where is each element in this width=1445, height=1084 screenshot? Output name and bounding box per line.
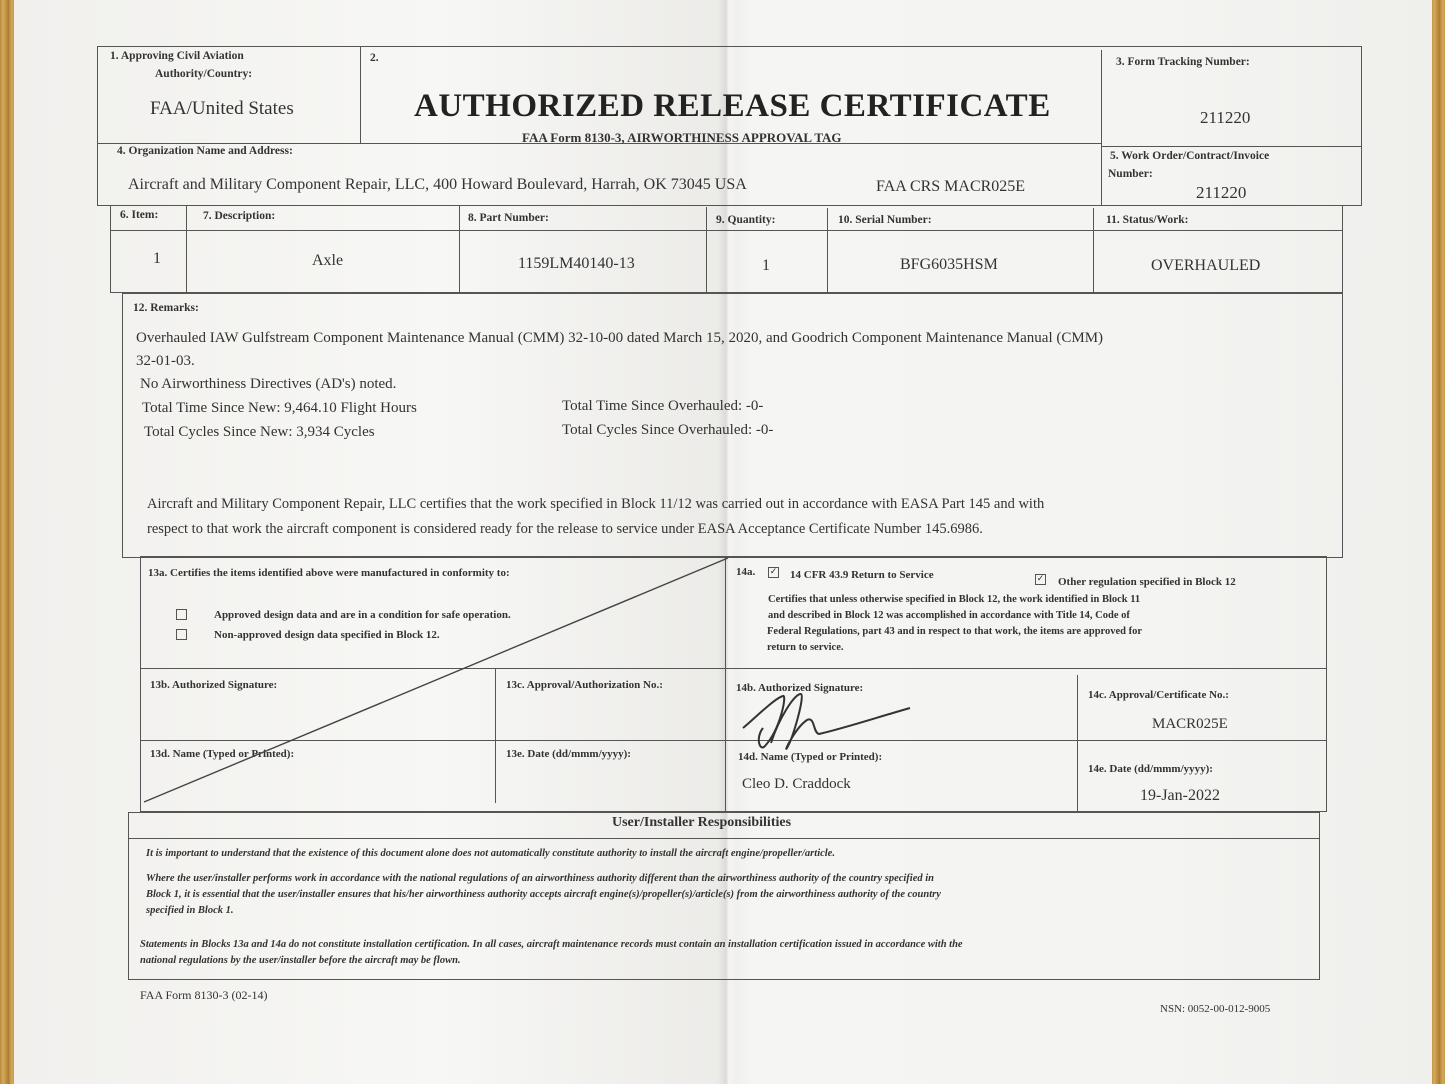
header-status-work: 11. Status/Work: bbox=[1106, 214, 1188, 226]
block4-label: 4. Organization Name and Address: bbox=[117, 145, 293, 157]
block14d-label: 14d. Name (Typed or Printed): bbox=[738, 751, 882, 763]
easa-statement-line-2: respect to that work the aircraft compon… bbox=[147, 521, 983, 538]
divider bbox=[459, 205, 460, 293]
cell-description: Axle bbox=[312, 252, 343, 270]
cell-status: OVERHAULED bbox=[1151, 257, 1260, 275]
block14a-text-3: Federal Regulations, part 43 and in resp… bbox=[767, 626, 1142, 637]
divider bbox=[1101, 146, 1362, 147]
cell-serial-number: BFG6035HSM bbox=[900, 256, 998, 274]
responsibilities-heading: User/Installer Responsibilities bbox=[612, 815, 791, 831]
certification-date: 19-Jan-2022 bbox=[1140, 787, 1220, 805]
block14a-text-2: and described in Block 12 was accomplish… bbox=[768, 610, 1130, 621]
checkbox-14cfr-return-to-service[interactable]: ✓ bbox=[768, 567, 779, 578]
responsibilities-p3-1: Statements in Blocks 13a and 14a do not … bbox=[140, 939, 963, 950]
document-subtitle: FAA Form 8130-3, AIRWORTHINESS APPROVAL … bbox=[522, 130, 842, 146]
approval-certificate-number: MACR025E bbox=[1152, 716, 1228, 733]
header-description: 7. Description: bbox=[203, 210, 275, 222]
cell-part-number: 1159LM40140-13 bbox=[518, 255, 635, 273]
header-item: 6. Item: bbox=[120, 209, 158, 221]
divider bbox=[110, 230, 1343, 231]
easa-statement-line-1: Aircraft and Military Component Repair, … bbox=[147, 496, 1044, 513]
header-part-number: 8. Part Number: bbox=[468, 212, 549, 224]
block14a-text-4: return to service. bbox=[767, 642, 843, 653]
divider bbox=[706, 207, 707, 293]
work-order-number: 211220 bbox=[1196, 183, 1246, 203]
block5-label: 5. Work Order/Contract/Invoice bbox=[1110, 150, 1269, 162]
block14c-label: 14c. Approval/Certificate No.: bbox=[1088, 689, 1229, 701]
block14e-label: 14e. Date (dd/mmm/yyyy): bbox=[1088, 763, 1213, 775]
responsibilities-p2-3: specified in Block 1. bbox=[146, 905, 234, 916]
cell-item: 1 bbox=[153, 250, 161, 268]
total-time-since-overhaul: Total Time Since Overhauled: -0- bbox=[562, 398, 763, 415]
divider bbox=[1093, 208, 1094, 293]
block12-label: 12. Remarks: bbox=[133, 302, 199, 314]
not-applicable-strike-line bbox=[140, 556, 730, 806]
option-14cfr-return-to-service: 14 CFR 43.9 Return to Service bbox=[790, 569, 934, 581]
responsibilities-p2-2: Block 1, it is essential that the user/i… bbox=[146, 889, 941, 900]
form-number-footer: FAA Form 8130-3 (02-14) bbox=[140, 988, 267, 1003]
block14a-label: 14a. bbox=[736, 566, 755, 578]
option-other-regulation: Other regulation specified in Block 12 bbox=[1058, 576, 1236, 588]
block3-label: 3. Form Tracking Number: bbox=[1116, 56, 1250, 68]
block2-label: 2. bbox=[370, 52, 379, 64]
cell-quantity: 1 bbox=[762, 257, 770, 275]
signer-name: Cleo D. Craddock bbox=[742, 776, 851, 793]
total-cycles-since-overhaul: Total Cycles Since Overhauled: -0- bbox=[562, 422, 773, 439]
divider bbox=[128, 838, 1320, 839]
approving-authority-value: FAA/United States bbox=[150, 98, 294, 120]
block1-label: 1. Approving Civil Aviation bbox=[110, 50, 244, 62]
divider bbox=[186, 205, 187, 293]
block1-label-2: Authority/Country: bbox=[155, 68, 252, 80]
block14a-text-1: Certifies that unless otherwise specifie… bbox=[768, 594, 1140, 605]
responsibilities-p3-2: national regulations by the user/install… bbox=[140, 955, 461, 966]
remarks-line-2: 32-01-03. bbox=[136, 353, 195, 370]
organization-address: Aircraft and Military Component Repair, … bbox=[128, 176, 747, 194]
divider bbox=[360, 46, 361, 144]
total-time-since-new: Total Time Since New: 9,464.10 Flight Ho… bbox=[142, 400, 417, 417]
header-quantity: 9. Quantity: bbox=[716, 214, 775, 226]
checkbox-other-regulation[interactable]: ✓ bbox=[1035, 574, 1046, 585]
divider bbox=[1077, 675, 1078, 812]
responsibilities-p2-1: Where the user/installer performs work i… bbox=[146, 873, 934, 884]
nsn-footer: NSN: 0052-00-012-9005 bbox=[1160, 1003, 1270, 1015]
form-tracking-number: 211220 bbox=[1200, 108, 1250, 128]
remarks-ad-note: No Airworthiness Directives (AD's) noted… bbox=[140, 376, 396, 393]
authorized-signature bbox=[735, 688, 925, 758]
block5-label-2: Number: bbox=[1108, 168, 1153, 180]
header-serial-number: 10. Serial Number: bbox=[838, 214, 932, 226]
responsibilities-p1: It is important to understand that the e… bbox=[146, 848, 835, 859]
divider bbox=[1101, 50, 1102, 206]
faa-crs-number: FAA CRS MACR025E bbox=[876, 178, 1025, 196]
remarks-line-1: Overhauled IAW Gulfstream Component Main… bbox=[136, 330, 1103, 347]
total-cycles-since-new: Total Cycles Since New: 3,934 Cycles bbox=[144, 424, 375, 441]
document-title: AUTHORIZED RELEASE CERTIFICATE bbox=[414, 88, 1051, 125]
divider bbox=[827, 208, 828, 293]
